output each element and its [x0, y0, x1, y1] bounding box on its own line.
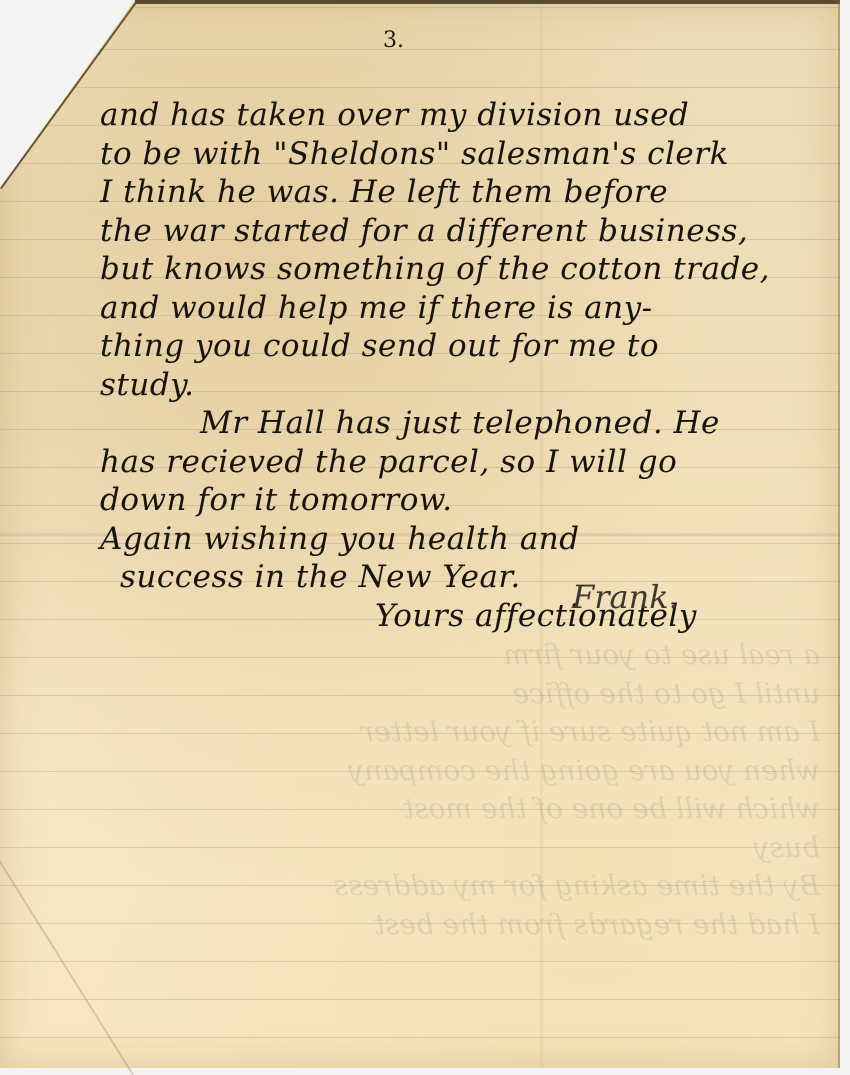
page-number: 3.	[383, 28, 404, 53]
signature: Frank.	[572, 578, 679, 616]
wishes-line: success in the New Year.	[100, 558, 820, 597]
bleed-through-text: a real use to your firm until I go to th…	[100, 636, 820, 944]
letter-body: and has taken over my division used to b…	[100, 96, 820, 635]
paragraph-line: has recieved the parcel, so I will go	[100, 443, 820, 482]
wishes-line: Again wishing you health and	[100, 520, 820, 559]
paragraph-line: Mr Hall has just telephoned. He	[100, 404, 820, 443]
body-line: study.	[100, 366, 820, 405]
paper-right-edge	[838, 0, 840, 1068]
body-line: and has taken over my division used	[100, 96, 820, 135]
paper-top-edge	[135, 0, 840, 4]
body-line: to be with "Sheldons" salesman's clerk	[100, 135, 820, 174]
body-line: I think he was. He left them before	[100, 173, 820, 212]
body-line: but knows something of the cotton trade,	[100, 250, 820, 289]
closing-salutation: Yours affectionately	[100, 597, 820, 636]
body-line: thing you could send out for me to	[100, 327, 820, 366]
body-line: the war started for a different business…	[100, 212, 820, 251]
body-line: and would help me if there is any-	[100, 289, 820, 328]
paragraph-line: down for it tomorrow.	[100, 481, 820, 520]
